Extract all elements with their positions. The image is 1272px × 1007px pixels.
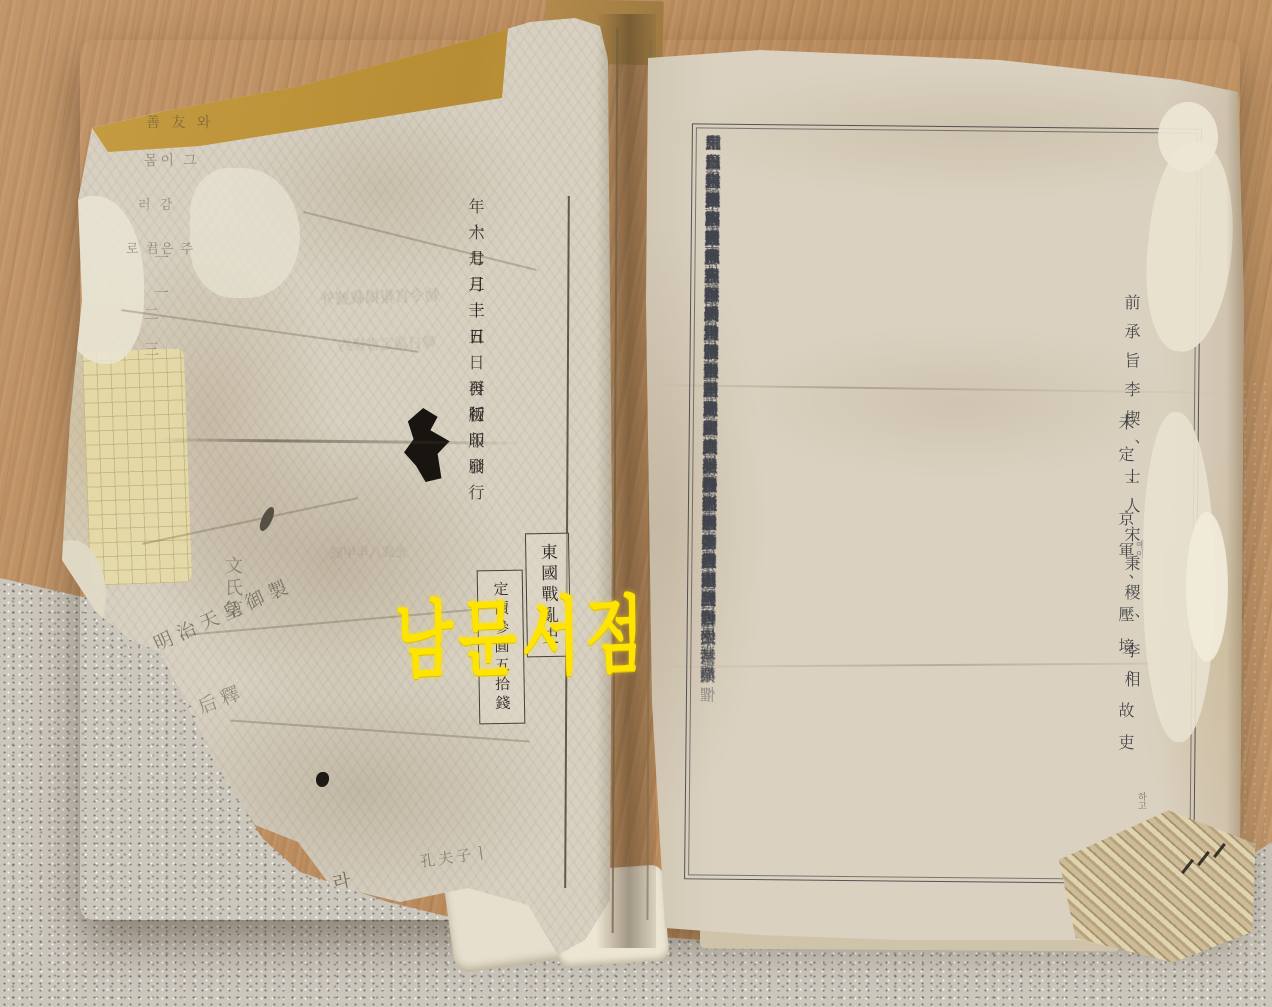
list-mark: 一 一: [150, 250, 171, 310]
ink-spot: [316, 772, 329, 787]
faint-text-fragment: 몸이 그: [144, 150, 200, 170]
photo-of-antique-book: 善 友 와 몸이 그 러 감 로 君은 주 一 一 二 三 勅令官報揭載號外 韓…: [0, 0, 1272, 1007]
faint-title-line: 文氏第: [220, 556, 246, 666]
text-column: 韓日議定書頒布中外揭載官報使民周知一體遵行: [699, 134, 729, 533]
faint-text-fragment: 善 友 와: [146, 112, 215, 132]
flaked-paper-patch: [1186, 512, 1228, 662]
show-through-text: 韓日議定書條約: [338, 332, 437, 355]
crease-line: [303, 211, 536, 271]
bottom-text-fragment: 孔夫子ㅣ: [419, 841, 493, 872]
flaked-paper-patch: [1158, 102, 1218, 172]
faint-text-fragment: 러 감: [138, 194, 175, 213]
text-column: 七月三日 發行: [463, 250, 486, 432]
torn-paper-patch: [52, 196, 144, 364]
show-through-text: 光武八年甲辰: [330, 541, 408, 561]
text-column: 未定、京軍、壓境、故吏: [1113, 414, 1136, 766]
bookstore-watermark: 남문서점: [394, 568, 649, 695]
hangul-gloss: 하고: [1136, 792, 1149, 810]
graph-paper-repair-patch: [82, 348, 192, 585]
torn-paper-patch: [190, 168, 300, 298]
show-through-text: 勅令官報揭載號外: [320, 284, 441, 309]
list-mark: 二 三: [140, 306, 161, 378]
black-hole-damage: [404, 408, 452, 482]
